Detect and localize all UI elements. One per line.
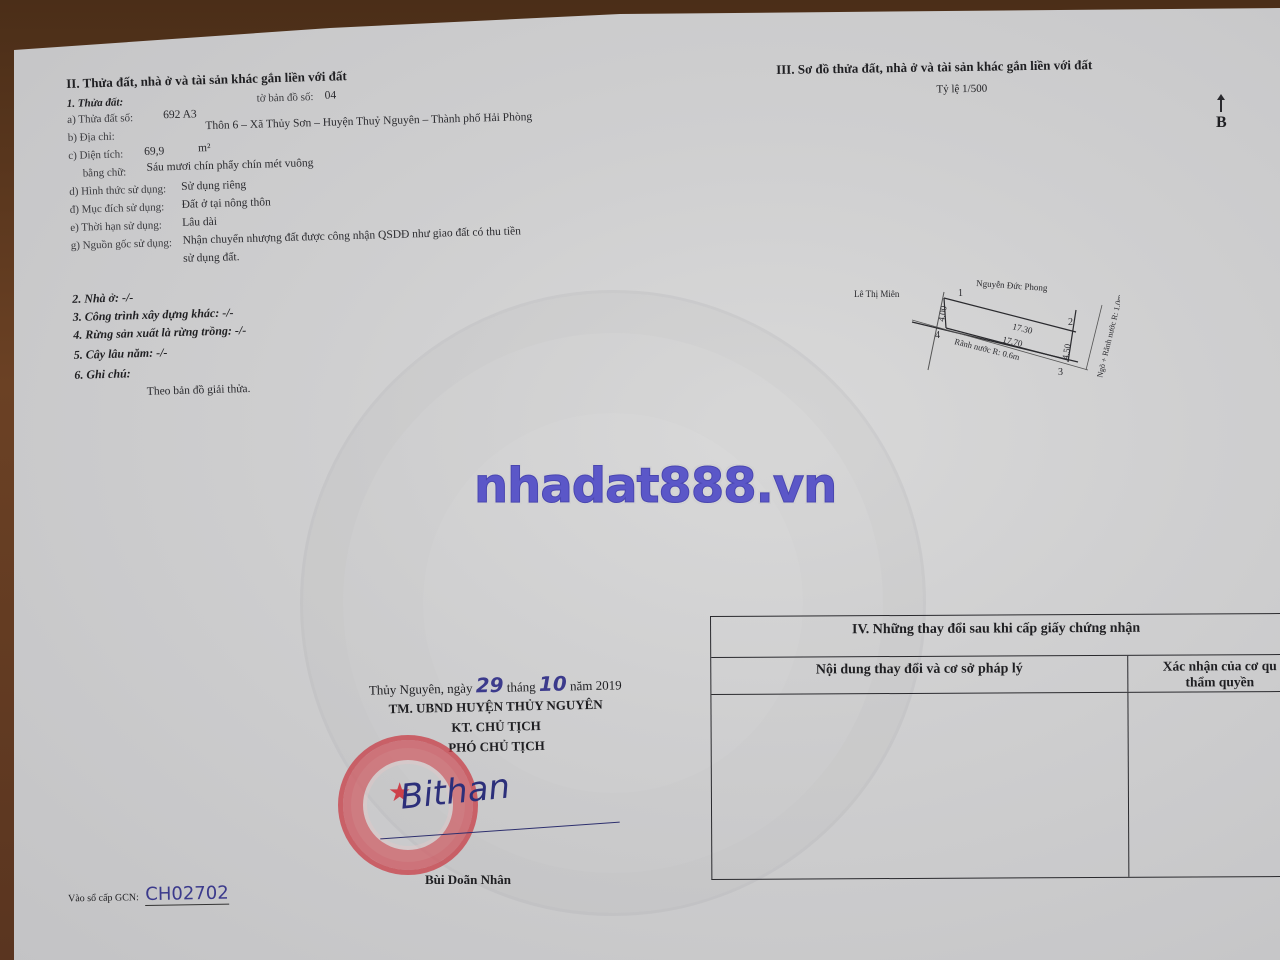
production-forest-item: 4. Rừng sản xuất là rừng trồng: -/- [73, 323, 246, 343]
changes-table: IV. Những thay đổi sau khi cấp giấy chứn… [710, 613, 1280, 880]
changes-table-body [711, 692, 1280, 879]
corner-3: 3 [1058, 367, 1063, 378]
issue-day: 29 [475, 673, 503, 698]
column-change-content: Nội dung thay đổi và cơ sở pháp lý [711, 656, 1128, 694]
other-construction-item: 3. Công trình xây dựng khác: -/- [73, 305, 234, 324]
origin-value-line2: sử dụng đất. [183, 251, 240, 265]
perennial-trees-item: 5. Cây lâu năm: -/- [74, 345, 168, 363]
corner-4: 4 [935, 330, 940, 341]
column-authority-confirmation: Xác nhận của cơ qu thẩm quyền [1128, 655, 1280, 692]
north-arrow: B [1216, 98, 1227, 132]
origin-label: g) Nguồn gốc sử dụng: [71, 237, 173, 252]
edge-left-length: 4.00 [936, 305, 949, 323]
house-item: 2. Nhà ở: -/- [72, 290, 134, 307]
column-authority-line2: thẩm quyền [1128, 674, 1280, 691]
section-4-heading: IV. Những thay đổi sau khi cấp giấy chứn… [711, 614, 1280, 658]
change-content-cell [711, 693, 1129, 879]
area-unit: m² [198, 142, 211, 154]
neighbor-north: Nguyễn Đức Phong [976, 278, 1048, 293]
column-authority-line1: Xác nhận của cơ qu [1128, 658, 1280, 675]
usage-form-label: d) Hình thức sử dụng: [69, 183, 166, 198]
map-sheet-value: 04 [324, 89, 336, 101]
edge-right-length: 4.50 [1060, 343, 1073, 361]
changes-table-header: Nội dung thay đổi và cơ sở pháp lý Xác n… [711, 655, 1280, 695]
area-words-value: Sáu mươi chín phẩy chín mét vuông [146, 157, 313, 174]
purpose-label: đ) Mục đích sử dụng: [70, 201, 165, 216]
place-date-prefix: Thủy Nguyên, ngày [369, 680, 473, 697]
origin-value-line1: Nhận chuyển nhượng đất được công nhận QS… [182, 225, 521, 246]
parcel-diagram: Lê Thị Miên Nguyễn Đức Phong 1 2 3 4 17.… [840, 260, 1120, 410]
map-sheet-label: tờ bản đồ số: [257, 91, 314, 105]
authority-confirmation-cell [1128, 692, 1280, 877]
registry-entry: Vào sổ cấp GCN: CH02702 [68, 883, 229, 907]
notes-value: Theo bản đồ giải thửa. [147, 383, 251, 398]
map-scale: Tỷ lệ 1/500 [936, 83, 987, 96]
edge-top-length: 17.30 [1012, 321, 1035, 336]
area-words-label: bằng chữ: [83, 166, 127, 179]
land-parcel-heading: 1. Thửa đất: [67, 96, 124, 110]
signer-name: Bùi Doãn Nhân [425, 872, 511, 888]
address-value: Thôn 6 – Xã Thủy Sơn – Huyện Thuỷ Nguyên… [205, 111, 532, 132]
issue-month: 10 [539, 671, 567, 696]
area-value: 69,9 [144, 145, 164, 158]
term-value: Lâu dài [182, 216, 217, 229]
corner-1: 1 [958, 288, 963, 299]
term-label: e) Thời hạn sử dụng: [70, 219, 162, 234]
road-east-label: Ngõ + Rãnh nước R: 1.0m [1095, 293, 1120, 378]
registry-number: CH02702 [145, 883, 229, 906]
neighbor-west: Lê Thị Miên [854, 289, 900, 299]
site-watermark-logo: nhadat888.vn [474, 458, 836, 514]
parcel-no-value: 692 A3 [163, 108, 197, 121]
registry-label: Vào sổ cấp GCN: [68, 892, 139, 904]
corner-2: 2 [1068, 317, 1073, 328]
north-label: B [1216, 114, 1227, 131]
section-land-info: II. Thửa đất, nhà ở và tài sản khác gắn … [66, 60, 656, 436]
parcel-no-label: a) Thửa đất số: [67, 112, 133, 126]
purpose-value: Đất ở tại nông thôn [181, 196, 270, 210]
year-label: năm 2019 [570, 677, 622, 693]
notes-label: 6. Ghi chú: [74, 366, 131, 383]
north-arrow-icon [1220, 98, 1222, 112]
address-label: b) Địa chỉ: [68, 131, 115, 144]
month-label: tháng [507, 679, 536, 695]
area-label: c) Diện tích: [68, 148, 123, 162]
usage-form-value: Sử dụng riêng [181, 179, 246, 193]
